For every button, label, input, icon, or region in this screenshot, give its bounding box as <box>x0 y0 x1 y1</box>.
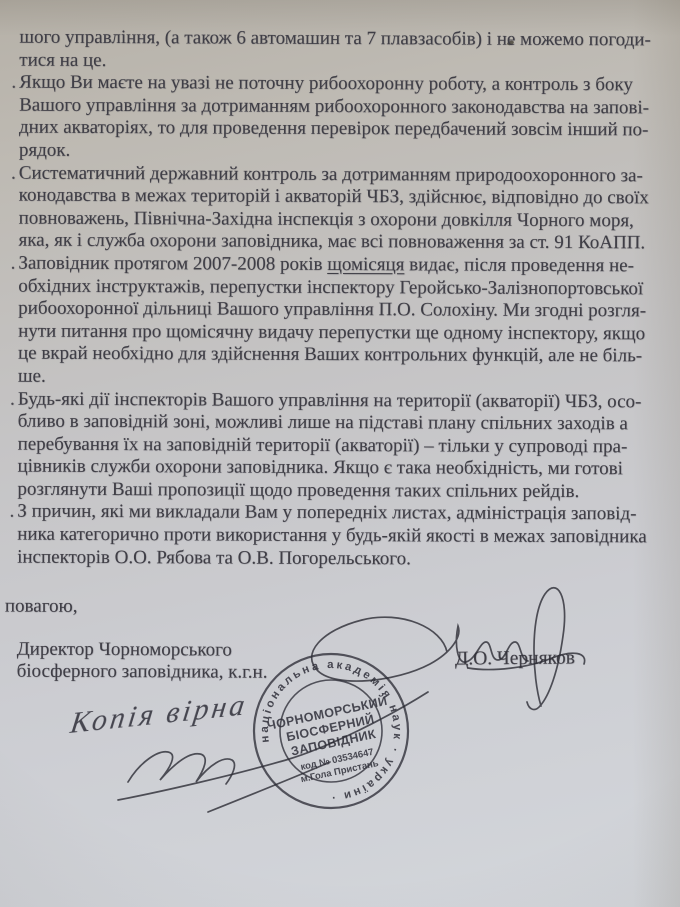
list-item: . Систематичний державний контроль за до… <box>18 162 660 255</box>
intro-paragraph: шого управління, (а також 6 автомашин та… <box>19 27 661 75</box>
list-item: . Заповідник протягом 2007-2008 років що… <box>18 253 661 391</box>
text-line: бливо в заповідній зоні, можливі лише на… <box>18 411 660 436</box>
text-line: Вашого управління за дотриманням рибоохо… <box>19 94 661 119</box>
list-marker-fragment: . <box>4 72 16 95</box>
text-line: рядок. <box>19 140 661 165</box>
letter-body: шого управління, (а також 6 автомашин та… <box>17 27 662 685</box>
list-item: . Якщо Ви маєте на увазі не поточну рибо… <box>19 72 661 165</box>
text-line: це вкрай необхідно для здійснення Ваших … <box>18 343 660 368</box>
list-marker-fragment: . <box>2 501 14 524</box>
text-line: розглянути Ваші пропозиції щодо проведен… <box>17 478 659 503</box>
text-line: ника категорично проти використання у бу… <box>17 524 659 549</box>
list-marker-fragment: . <box>3 252 15 275</box>
list-item: . Будь-які дії інспекторів Вашого управл… <box>17 388 659 504</box>
text-line: Якщо Ви маєте на увазі не поточну рибоох… <box>19 72 661 97</box>
text-line: яка, як і служба охорони заповідника, ма… <box>18 230 660 255</box>
text-line: обхідних інструктажів, перепустки інспек… <box>18 275 660 300</box>
text-line: нути питання про щомісячну видачу перепу… <box>18 320 660 345</box>
text-segment: видає, після проведення не- <box>404 254 634 276</box>
text-line: Будь-які дії інспекторів Вашого управлін… <box>18 388 660 413</box>
text-segment: Заповідник протягом 2007-2008 років <box>18 253 327 275</box>
text-line: Систематичний державний контроль за дотр… <box>19 162 661 187</box>
text-line: інспекторів О.О. Рябова та О.В. Погорель… <box>17 546 659 571</box>
text-line: тися на це. <box>19 49 661 74</box>
list-marker-fragment: . <box>3 388 15 411</box>
text-line: ше. <box>18 366 660 391</box>
text-line: З причин, які ми викладали Вам у поперед… <box>17 501 659 526</box>
text-line: рибоохоронної дільниці Вашого управління… <box>18 298 660 323</box>
text-line: перебування їх на заповідній території (… <box>18 433 660 458</box>
underlined-word: щомісяця <box>327 254 404 275</box>
text-line: дних акваторіях, то для проведення перев… <box>19 117 661 142</box>
text-line: цівників служби охорони заповідника. Якщ… <box>17 456 659 481</box>
official-round-stamp: національна академія наук ∙ україни ∙ ЧО… <box>216 616 446 846</box>
text-line: шого управління, (а також 6 автомашин та… <box>19 27 661 52</box>
list-item: . З причин, які ми викладали Вам у попер… <box>17 501 659 572</box>
text-line: Заповідник протягом 2007-2008 років щомі… <box>18 253 660 278</box>
text-line: конодавства в межах територій і акваторі… <box>19 185 661 210</box>
scanned-letter-page: шого управління, (а також 6 автомашин та… <box>0 0 680 907</box>
signatory-name: Д.О. Черняков <box>455 647 575 670</box>
text-line: повноважень, Північна-Західна інспекція … <box>19 207 661 232</box>
list-marker-fragment: . <box>4 162 16 185</box>
